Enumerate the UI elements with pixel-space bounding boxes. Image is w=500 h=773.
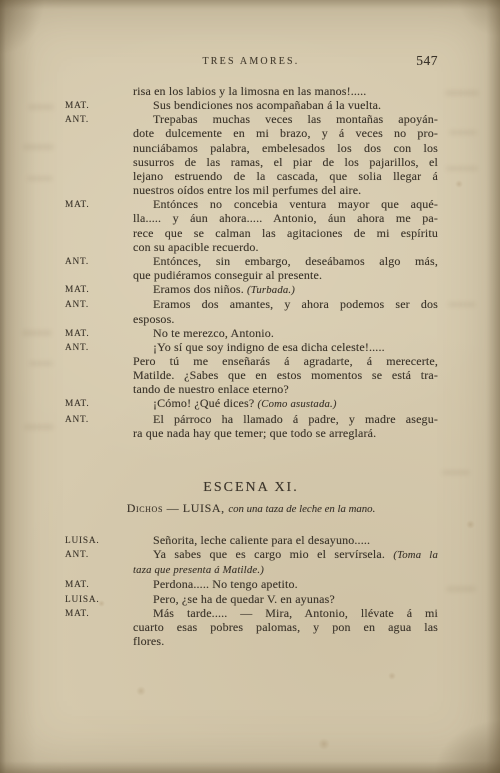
speaker-label: ANT.	[65, 548, 89, 562]
dialogue-text: Eramos dos amantes, y ahora podemos ser …	[153, 297, 438, 311]
dialogue-text: ra que nada hay que temer; que todo se a…	[133, 426, 376, 440]
stage-direction: (Turbada.)	[247, 284, 295, 296]
paper-stain	[136, 686, 146, 696]
paper-stain	[388, 672, 396, 680]
dialogue-text: susurros de las ramas, el piar de los pa…	[133, 155, 438, 169]
binding-shadow	[0, 0, 36, 773]
speaker-label: ANT.	[65, 341, 89, 355]
show-through-mark	[449, 130, 477, 135]
corner-shadow-top-left	[0, 0, 60, 70]
paper-stain	[98, 600, 105, 607]
show-through-mark	[446, 586, 476, 592]
dialogue-text: Trepabas muchas veces las montañas apoyá…	[153, 112, 438, 126]
dialogue-line: ANT.Entónces, sin embargo, deseábamos al…	[64, 254, 438, 268]
speaker-label: MAT.	[65, 578, 89, 592]
speaker-label: MAT.	[65, 327, 89, 341]
dialogue-line: MAT.No te merezco, Antonio.	[64, 326, 438, 340]
speaker-label: MAT.	[65, 607, 89, 621]
dialogue-line: MAT.¡Cómo! ¿Qué dices? (Como asustada.)	[64, 396, 438, 411]
speaker-label: MAT.	[65, 397, 89, 411]
speaker-label: ANT.	[65, 298, 89, 312]
dialogue-line: lejano estruendo de la cascada, que soli…	[64, 169, 438, 183]
dialogue-line: MAT.Más tarde..... — Mira, Antonio, llév…	[64, 606, 438, 620]
page-edge-right	[486, 0, 500, 773]
dialogue-line: MAT.Entónces no concebia ventura mayor q…	[64, 197, 438, 211]
dialogue-text: que pudiéramos conseguir al presente.	[133, 268, 322, 282]
dialogue-line: MAT.Eramos dos niños. (Turbada.)	[64, 282, 438, 297]
dialogue-text: rece que se calman las agitaciones de mi…	[133, 226, 438, 240]
dialogue-text: risa en los labios y la limosna en las m…	[133, 84, 366, 98]
dialogue-line: LUISA.Pero, ¿se ha de quedar V. en ayuna…	[64, 592, 438, 606]
dialogue-text: flores.	[133, 634, 164, 648]
dialogue-line: nuestros oídos entre los mil perfumes de…	[64, 183, 438, 197]
page-number: 547	[416, 53, 438, 69]
dialogue-line: nunciábamos palabra, embelesados los dos…	[64, 141, 438, 155]
scene-intro: Dichos — LUISA, con una taza de leche en…	[64, 501, 438, 516]
dialogue-text: Entónces no concebia ventura mayor que a…	[153, 197, 438, 211]
scene-intro-direction: con una taza de leche en la mano.	[228, 503, 375, 515]
dialogue-line: rece que se calman las agitaciones de mi…	[64, 226, 438, 240]
dialogue-text: Ya sabes que es cargo mio el servírsela.	[153, 547, 393, 561]
dialogue-text: esposos.	[133, 312, 175, 326]
dialogue-text: Eramos dos niños.	[153, 282, 247, 296]
dialogue-text: nunciábamos palabra, embelesados los dos…	[133, 141, 438, 155]
speaker-label: LUISA.	[65, 593, 100, 607]
scene-heading: ESCENA XI.	[64, 480, 438, 496]
running-title: TRES AMORES.	[64, 56, 438, 67]
paper-stain	[455, 180, 463, 188]
show-through-mark	[445, 90, 479, 96]
stage-direction: (Toma la	[393, 549, 438, 561]
dialogue-line: taza que presenta á Matilde.)	[64, 562, 438, 577]
speaker-label: MAT.	[65, 99, 89, 113]
corner-shadow-bottom-right	[410, 701, 500, 773]
dialogue-line: con su apacible recuerdo.	[64, 240, 438, 254]
dialogue-line: esposos.	[64, 312, 438, 326]
paper-stain	[466, 520, 475, 529]
dialogue-line: cuarto esas pobres palomas, y pon en agu…	[64, 620, 438, 634]
corner-shadow-top-right	[446, 0, 500, 46]
dialogue-line: risa en los labios y la limosna en las m…	[64, 84, 438, 98]
dialogue-text: lejano estruendo de la cascada, que soli…	[133, 169, 438, 183]
dialogue-line: susurros de las ramas, el piar de los pa…	[64, 155, 438, 169]
dialogue-text: dote dulcemente en mi brazo, y á veces n…	[133, 126, 438, 140]
dialogue-text: con su apacible recuerdo.	[133, 240, 259, 254]
dialogue-text: nuestros oídos entre los mil perfumes de…	[133, 183, 361, 197]
scene-dialogue-block: LUISA.Señorita, leche caliente para el d…	[64, 533, 438, 648]
dialogue-line: Pero tú me enseñarás á agradarte, á mere…	[64, 354, 438, 368]
show-through-mark	[446, 166, 478, 171]
dialogue-line: dote dulcemente en mi brazo, y á veces n…	[64, 126, 438, 140]
show-through-mark	[448, 302, 476, 307]
dialogue-text: Más tarde..... — Mira, Antonio, llévate …	[153, 606, 438, 620]
dialogue-line: Matilde. ¿Sabes que en estos momentos se…	[64, 368, 438, 382]
dialogue-text: Perdona..... No tengo apetito.	[153, 577, 298, 591]
dialogue-line: ANT.El párroco ha llamado á padre, y mad…	[64, 412, 438, 426]
dialogue-line: lla..... y áun ahora..... Antonio, áun a…	[64, 211, 438, 225]
speaker-label: MAT.	[65, 283, 89, 297]
speaker-label: ANT.	[65, 413, 89, 427]
dialogue-line: tando de nuestro enlace eterno?	[64, 382, 438, 396]
dialogue-block: risa en los labios y la limosna en las m…	[64, 84, 438, 440]
dialogue-text: Matilde. ¿Sabes que en estos momentos se…	[133, 368, 438, 382]
dialogue-text: ¡Cómo! ¿Qué dices?	[153, 396, 257, 410]
dialogue-text: ¡Yo sí que soy indigno de esa dicha cele…	[153, 340, 385, 354]
paper-stain	[318, 738, 330, 750]
dialogue-text: lla..... y áun ahora..... Antonio, áun a…	[133, 211, 438, 225]
book-page: TRES AMORES. 547 risa en los labios y la…	[0, 0, 500, 773]
page-edge-top	[0, 0, 500, 9]
dialogue-line: MAT.Perdona..... No tengo apetito.	[64, 577, 438, 591]
dialogue-text: Pero tú me enseñarás á agradarte, á mere…	[133, 354, 438, 368]
dialogue-text: Señorita, leche caliente para el desayun…	[153, 533, 370, 547]
speaker-label: ANT.	[65, 113, 89, 127]
scene-characters-dichos: Dichos	[127, 501, 163, 515]
dialogue-line: MAT.Sus bendiciones nos acompañaban á la…	[64, 98, 438, 112]
dialogue-text: Pero, ¿se ha de quedar V. en ayunas?	[153, 592, 335, 606]
speaker-label: ANT.	[65, 255, 89, 269]
dialogue-line: ANT.¡Yo sí que soy indigno de esa dicha …	[64, 340, 438, 354]
dialogue-text: cuarto esas pobres palomas, y pon en agu…	[133, 620, 438, 634]
stage-direction: (Como asustada.)	[257, 398, 336, 410]
dialogue-line: ANT.Eramos dos amantes, y ahora podemos …	[64, 297, 438, 311]
dialogue-text: Sus bendiciones nos acompañaban á la vue…	[153, 98, 381, 112]
dialogue-line: que pudiéramos conseguir al presente.	[64, 268, 438, 282]
show-through-mark	[442, 470, 470, 475]
scene-characters-names: — LUISA,	[163, 501, 228, 515]
dialogue-line: flores.	[64, 634, 438, 648]
dialogue-line: ANT.Trepabas muchas veces las montañas a…	[64, 112, 438, 126]
dialogue-text: El párroco ha llamado á padre, y madre a…	[153, 412, 438, 426]
dialogue-text: Entónces, sin embargo, deseábamos algo m…	[153, 254, 438, 268]
page-content: TRES AMORES. 547 risa en los labios y la…	[64, 0, 438, 648]
dialogue-line: LUISA.Señorita, leche caliente para el d…	[64, 533, 438, 547]
speaker-label: MAT.	[65, 198, 89, 212]
page-header: TRES AMORES. 547	[64, 56, 438, 71]
dialogue-line: ra que nada hay que temer; que todo se a…	[64, 426, 438, 440]
stage-direction: taza que presenta á Matilde.)	[133, 564, 264, 576]
dialogue-text: tando de nuestro enlace eterno?	[133, 382, 289, 396]
dialogue-text: No te merezco, Antonio.	[153, 326, 274, 340]
dialogue-line: ANT.Ya sabes que es cargo mio el servírs…	[64, 547, 438, 562]
speaker-label: LUISA.	[65, 534, 100, 548]
